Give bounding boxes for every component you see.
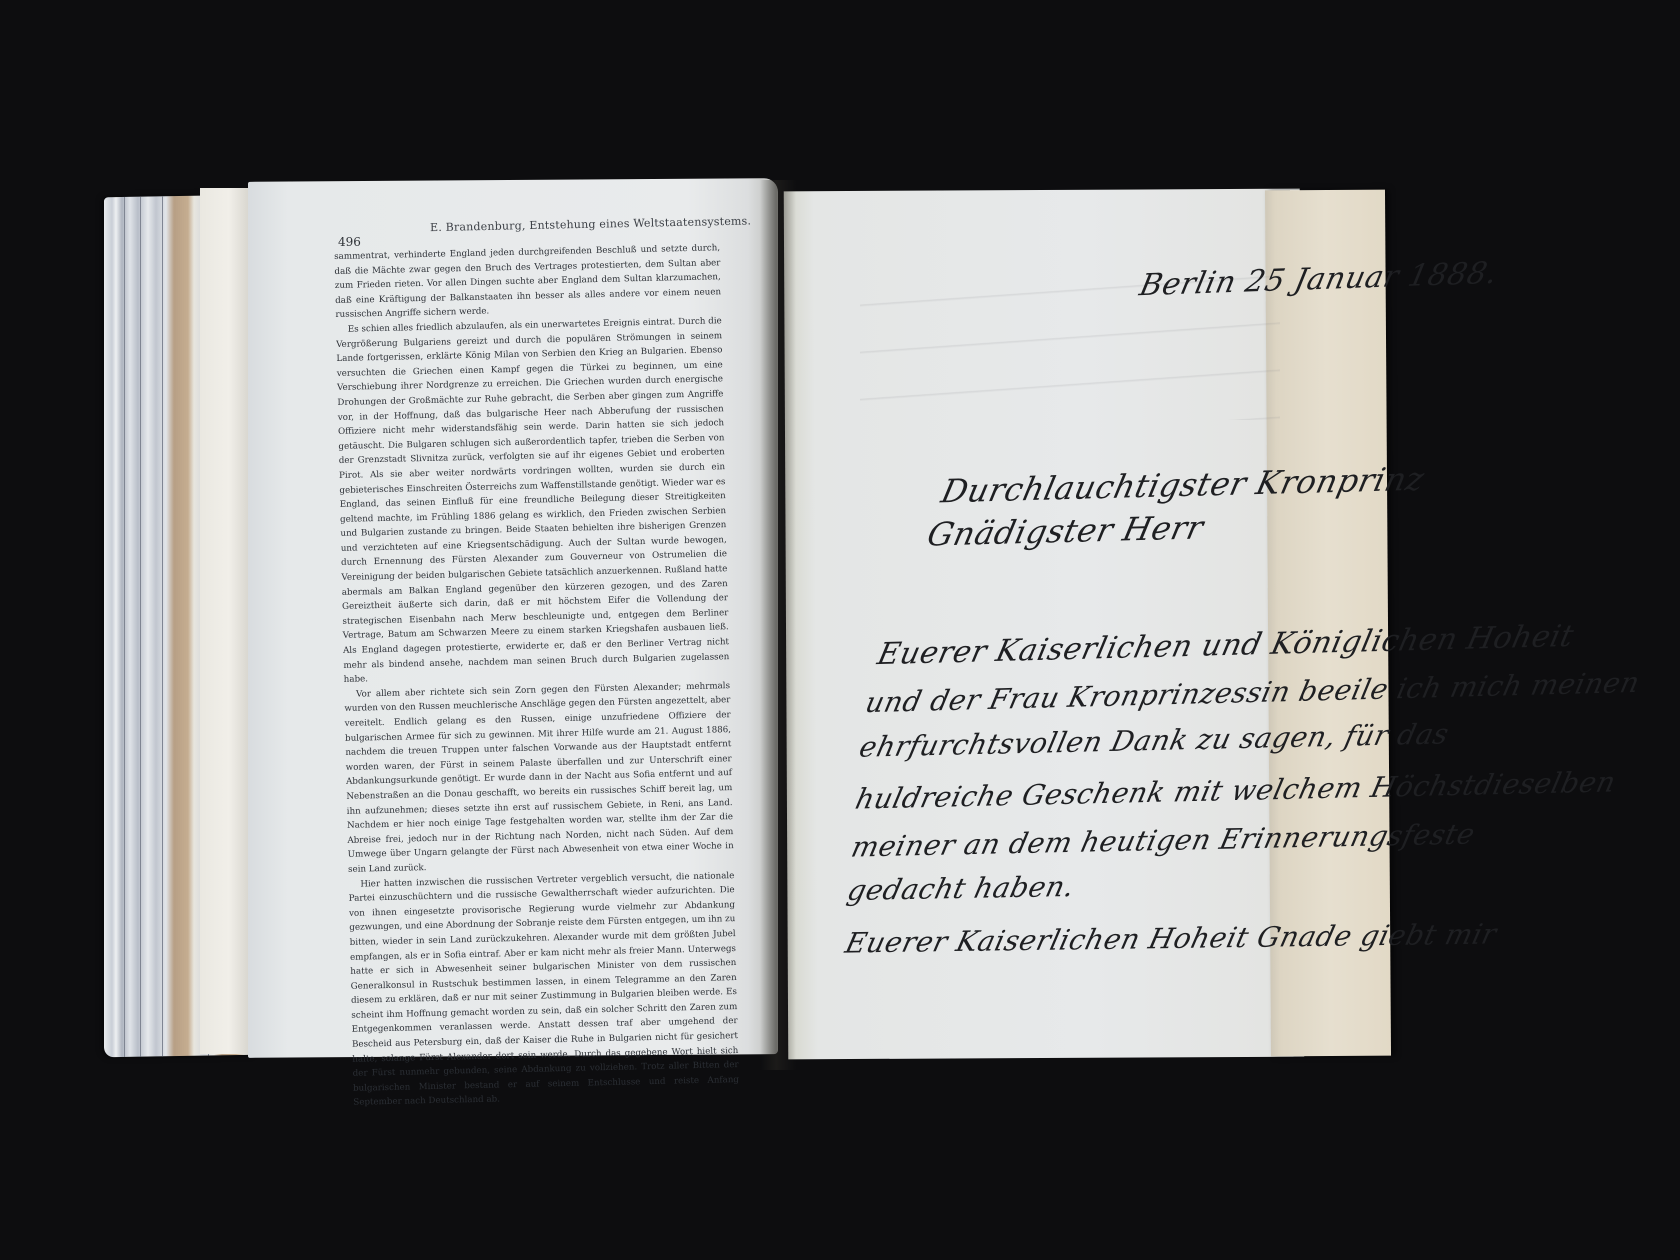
paragraph: Hier hatten inzwischen die russischen Ve… (348, 869, 739, 1111)
page-number: 496 (338, 235, 361, 249)
letter-salutation-line: Gnädigster Herr (924, 508, 1207, 553)
paragraph: Es schien alles friedlich abzulaufen, al… (336, 314, 730, 688)
page-edge-line (124, 197, 125, 1057)
left-page-stack (200, 188, 250, 1054)
printed-body-text: sammentrat, verhinderte England jeden du… (334, 241, 739, 1111)
letter-line: gedacht haben. (844, 870, 1078, 907)
page-edge-line (140, 197, 141, 1057)
book-photo: E. Brandenburg, Entstehung eines Weltsta… (0, 0, 1680, 1260)
book-gutter-shadow (760, 180, 796, 1070)
paragraph: Vor allem aber richtete sich sein Zorn g… (344, 679, 734, 877)
paragraph: sammentrat, verhinderte England jeden du… (334, 241, 722, 323)
page-edge-line (162, 196, 163, 1056)
